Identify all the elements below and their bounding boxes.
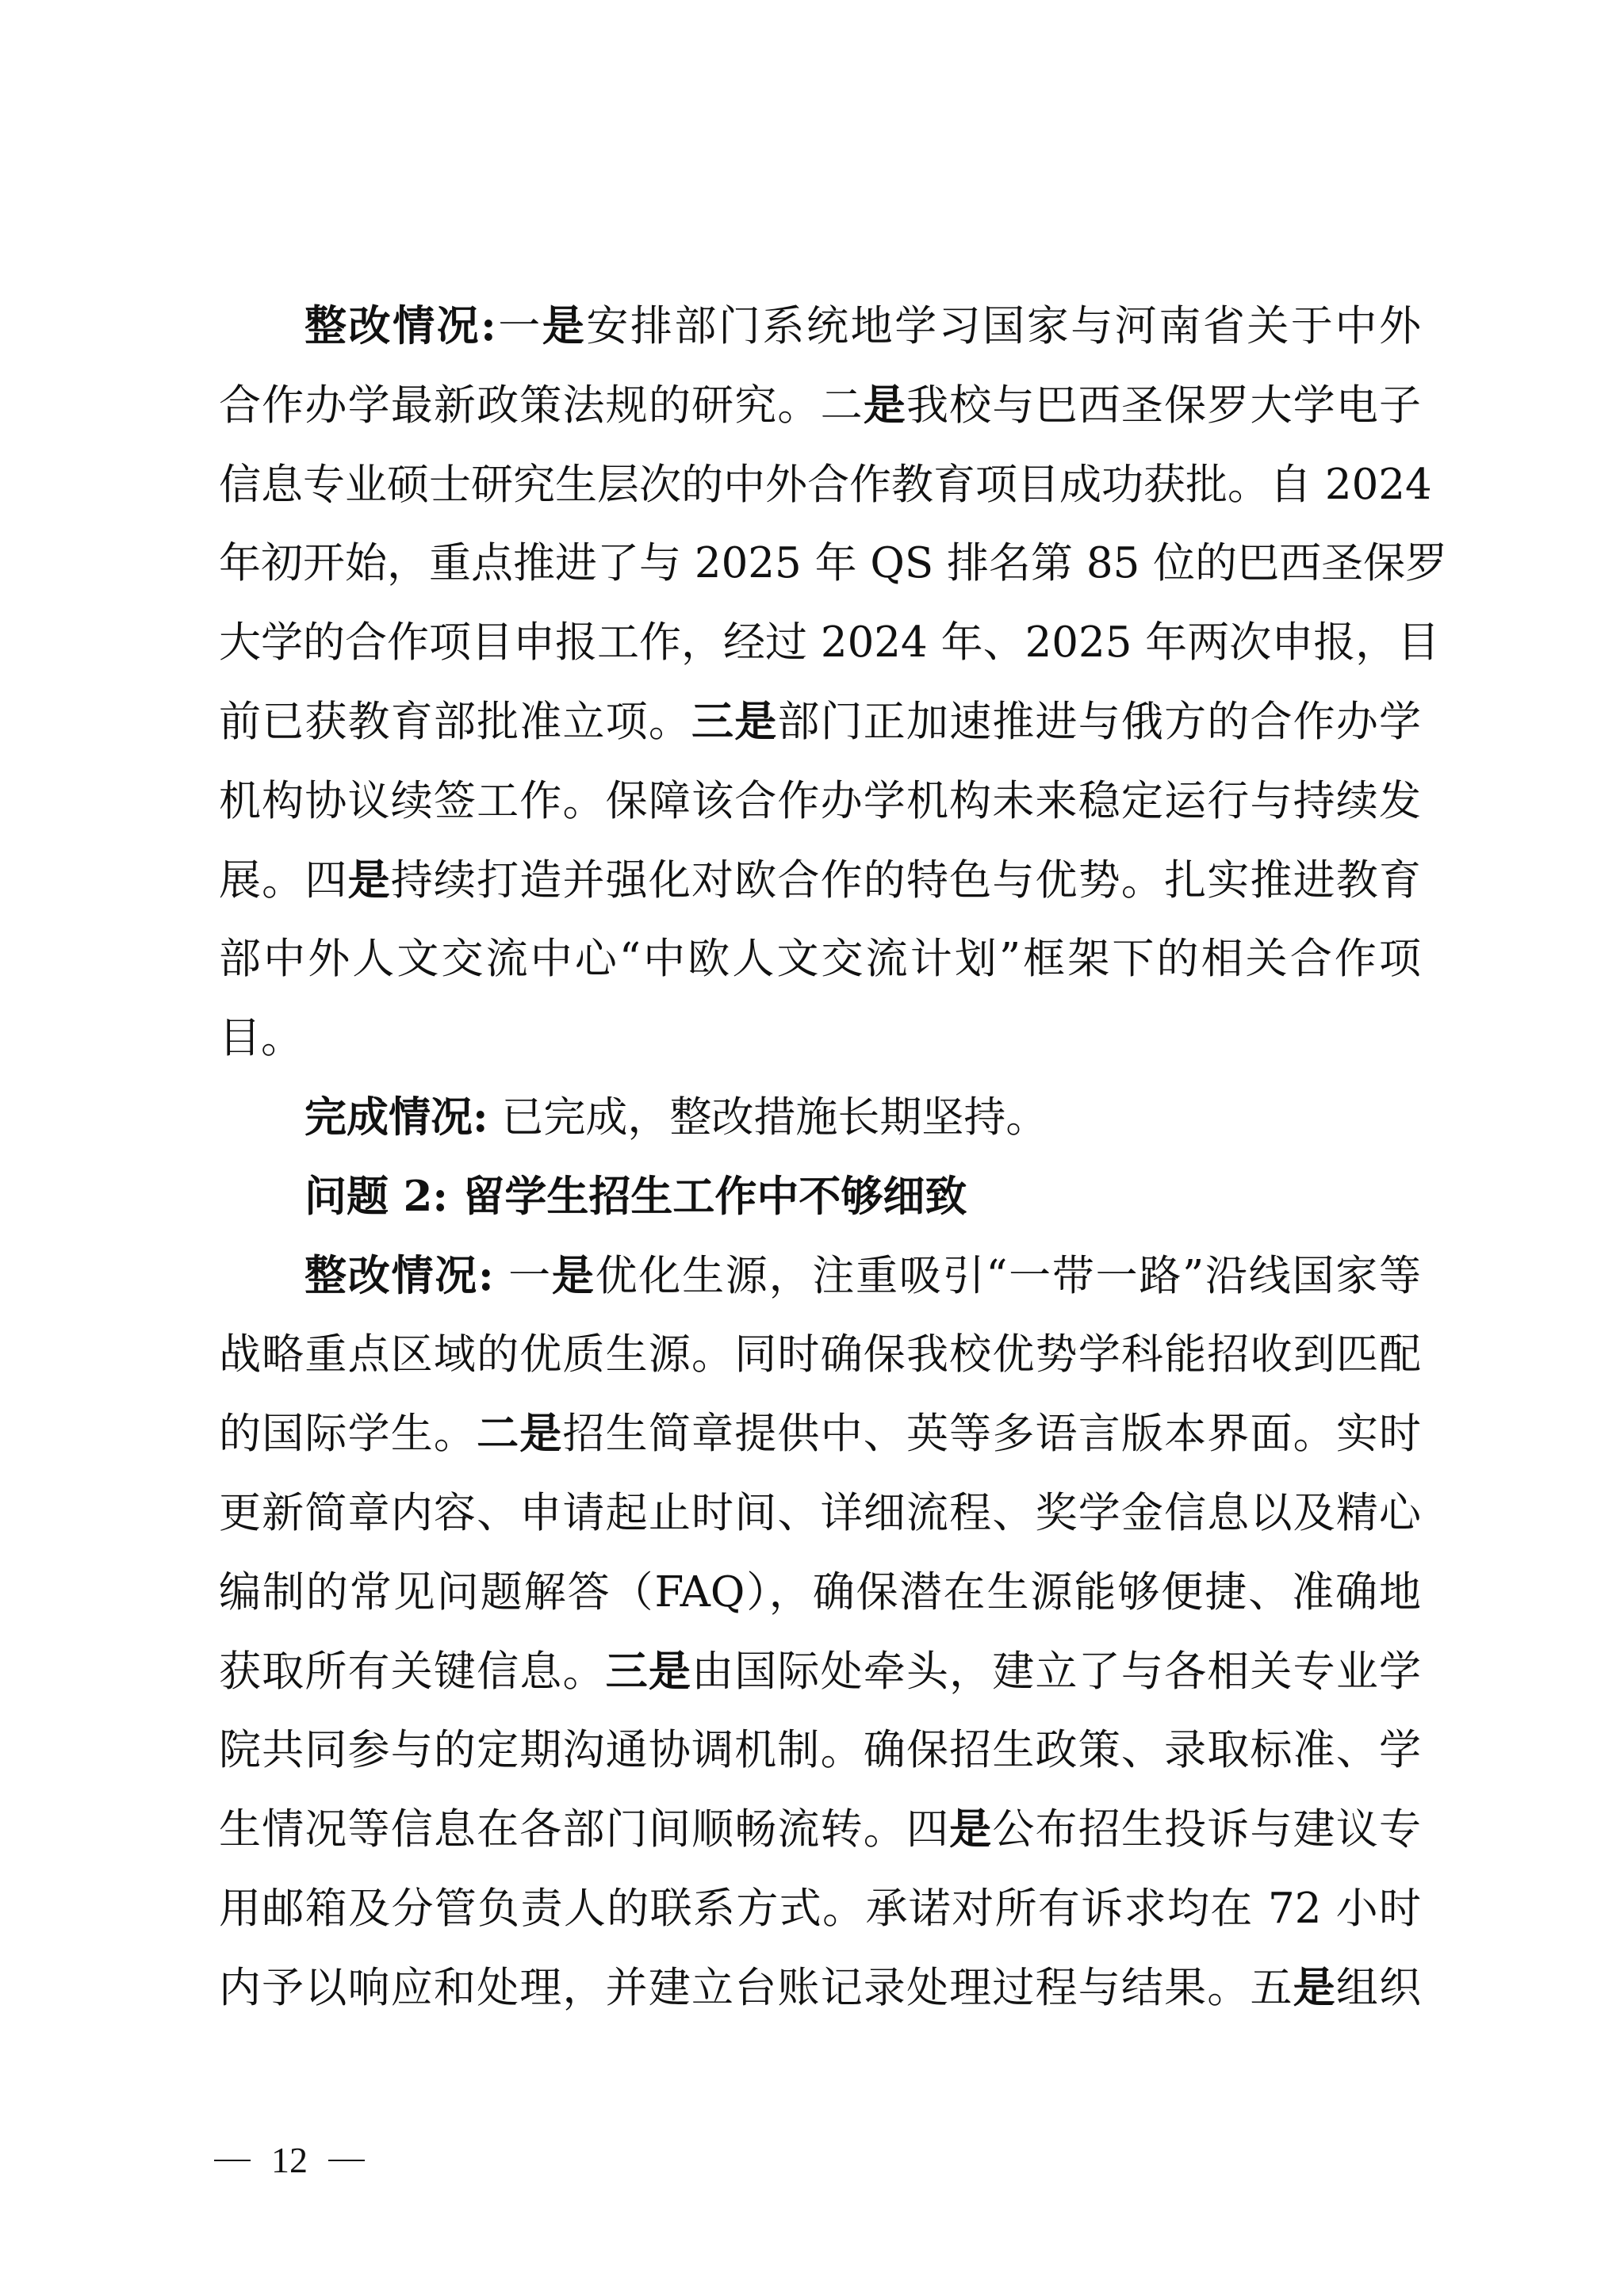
text-segment: 目。 [219,1014,303,1062]
bold-text-segment: 完成情况: [304,1093,488,1142]
text-segment: 我校与巴西圣保罗大学电子 [906,381,1421,430]
text-line: 部中外人文交流中心“中欧人文交流计划”框架下的相关合作项 [219,920,1421,999]
text-segment: 部中外人文交流中心“中欧人文交流计划”框架下的相关合作项 [219,935,1421,983]
bold-text-segment: 整改情况: [304,301,496,350]
text-line: 大学的合作项目申报工作，经过 2024 年、2025 年两次申报，目 [219,603,1421,683]
text-line: 战略重点区域的优质生源。同时确保我校优势学科能招收到匹配 [219,1315,1421,1395]
bold-text-segment: 三是 [606,1647,691,1696]
bold-text-segment: 是 [552,1251,596,1300]
bold-text-segment: 问题 2: 留学生招生工作中不够细致 [304,1172,967,1221]
text-segment: 机构协议续签工作。保障该合作办学机构未来稳定运行与持续发 [219,777,1421,825]
document-body: 整改情况:一是安排部门系统地学习国家与河南省关于中外合作办学最新政策法规的研究。… [219,287,1421,2028]
text-line: 获取所有关键信息。三是由国际处牵头，建立了与各相关专业学 [219,1632,1421,1712]
text-segment: 已完成，整改措施长期坚持。 [488,1093,1048,1142]
bold-text-segment: 是 [949,1804,992,1854]
text-segment: 优化生源，注重吸引“一带一路”沿线国家等 [596,1252,1421,1300]
text-segment: 招生简章提供中、英等多语言版本界面。实时 [563,1410,1422,1458]
text-segment: 更新简章内容、申请起止时间、详细流程、奖学金信息以及精心 [219,1489,1421,1537]
text-segment: 前已获教育部批准立项。 [219,698,691,746]
page-number: 12 [271,2133,308,2188]
page-footer: 12 [214,2133,365,2188]
text-segment: 生情况等信息在各部门间顺畅流转。四 [219,1805,949,1854]
text-segment: 获取所有关键信息。 [219,1647,606,1696]
text-segment: 公布招生投诉与建议专 [992,1805,1421,1854]
text-line: 展。四是持续打造并强化对欧合作的特色与优势。扎实推进教育 [219,841,1421,920]
text-segment: 的国际学生。 [219,1410,477,1458]
text-segment: 一 [494,1252,552,1300]
bold-text-segment: 整改情况: [304,1251,494,1300]
text-segment: 展。四 [219,856,348,905]
bold-text-segment: 二是 [477,1409,562,1458]
text-line: 问题 2: 留学生招生工作中不够细致 [219,1158,1421,1237]
text-line: 内予以响应和处理，并建立台账记录处理过程与结果。五是组织 [219,1949,1421,2028]
paragraph-rectification-2: 整改情况: 一是优化生源，注重吸引“一带一路”沿线国家等战略重点区域的优质生源。… [219,1237,1421,2028]
text-line: 整改情况: 一是优化生源，注重吸引“一带一路”沿线国家等 [219,1237,1421,1316]
bold-text-segment: 是 [864,381,906,430]
text-segment: 战略重点区域的优质生源。同时确保我校优势学科能招收到匹配 [219,1330,1421,1379]
text-segment: 信息专业硕士研究生层次的中外合作教育项目成功获批。自 2024 [219,461,1432,509]
text-line: 信息专业硕士研究生层次的中外合作教育项目成功获批。自 2024 [219,446,1421,525]
text-line: 机构协议续签工作。保障该合作办学机构未来稳定运行与持续发 [219,762,1421,841]
document-page: 整改情况:一是安排部门系统地学习国家与河南省关于中外合作办学最新政策法规的研究。… [0,0,1624,2296]
bold-text-segment: 是 [348,855,391,905]
text-segment: 一 [496,302,542,350]
text-line: 用邮箱及分管负责人的联系方式。承诺对所有诉求均在 72 小时 [219,1869,1421,1949]
text-segment: 部门正加速推进与俄方的合作办学 [777,698,1421,746]
bold-text-segment: 是 [542,301,587,350]
text-segment: 内予以响应和处理，并建立台账记录处理过程与结果。五 [219,1964,1293,2012]
bold-text-segment: 三是 [691,697,777,746]
text-line: 前已获教育部批准立项。三是部门正加速推进与俄方的合作办学 [219,683,1421,762]
text-segment: 合作办学最新政策法规的研究。二 [219,381,864,430]
text-segment: 安排部门系统地学习国家与河南省关于中外 [586,302,1421,350]
text-line: 目。 [219,999,1421,1078]
page-number-dash-right [328,2160,365,2161]
text-line: 生情况等信息在各部门间顺畅流转。四是公布招生投诉与建议专 [219,1790,1421,1869]
text-line: 整改情况:一是安排部门系统地学习国家与河南省关于中外 [219,287,1421,366]
text-line: 院共同参与的定期沟通协调机制。确保招生政策、录取标准、学 [219,1711,1421,1790]
paragraph-issue-2-heading: 问题 2: 留学生招生工作中不够细致 [219,1158,1421,1237]
text-segment: 大学的合作项目申报工作，经过 2024 年、2025 年两次申报，目 [219,618,1439,667]
text-line: 的国际学生。二是招生简章提供中、英等多语言版本界面。实时 [219,1395,1421,1474]
text-segment: 持续打造并强化对欧合作的特色与优势。扎实推进教育 [391,856,1421,905]
bold-text-segment: 是 [1293,1963,1336,2012]
text-segment: 编制的常见问题解答（FAQ），确保潜在生源能够便捷、准确地 [219,1568,1421,1617]
text-line: 完成情况: 已完成，整改措施长期坚持。 [219,1078,1421,1158]
text-line: 年初开始，重点推进了与 2025 年 QS 排名第 85 位的巴西圣保罗 [219,524,1421,603]
text-line: 更新简章内容、申请起止时间、详细流程、奖学金信息以及精心 [219,1474,1421,1553]
text-segment: 由国际处牵头，建立了与各相关专业学 [691,1647,1421,1696]
text-segment: 年初开始，重点推进了与 2025 年 QS 排名第 85 位的巴西圣保罗 [219,539,1447,587]
text-segment: 用邮箱及分管负责人的联系方式。承诺对所有诉求均在 72 小时 [219,1885,1421,1933]
page-number-dash-left [214,2160,251,2161]
text-segment: 院共同参与的定期沟通协调机制。确保招生政策、录取标准、学 [219,1726,1421,1774]
text-segment: 组织 [1336,1964,1421,2012]
text-line: 编制的常见问题解答（FAQ），确保潜在生源能够便捷、准确地 [219,1553,1421,1632]
paragraph-rectification-1: 整改情况:一是安排部门系统地学习国家与河南省关于中外合作办学最新政策法规的研究。… [219,287,1421,1078]
paragraph-completion-1: 完成情况: 已完成，整改措施长期坚持。 [219,1078,1421,1158]
text-line: 合作办学最新政策法规的研究。二是我校与巴西圣保罗大学电子 [219,366,1421,446]
